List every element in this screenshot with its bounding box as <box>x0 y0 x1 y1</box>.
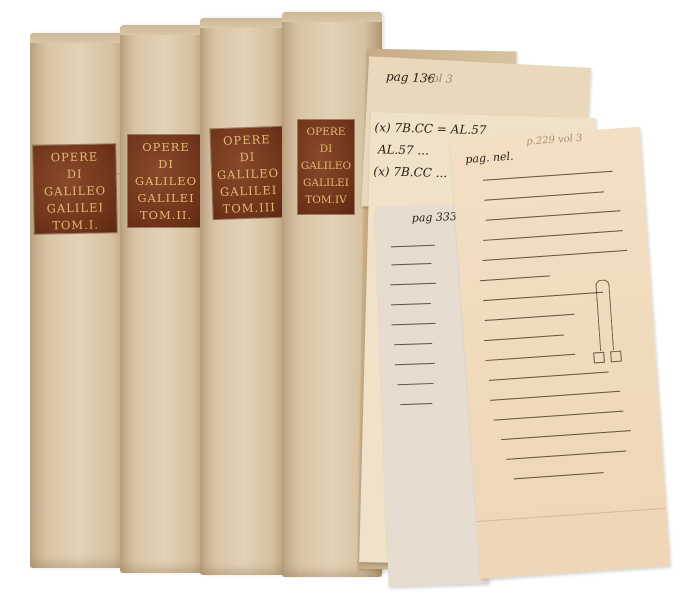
volume-1-label: OPERE DI GALILEO GALILEI TOM.I. <box>33 144 117 233</box>
manuscript-front-leaf: pag. nel. p.229 vol 3 <box>450 127 670 579</box>
volume-2-spine: OPERE DI GALILEO GALILEI TOM.II. <box>120 25 208 573</box>
volume-4-label: OPERE DI GALILEO GALILEI TOM.IV <box>298 120 354 214</box>
volume-3-spine: OPERE DI GALILEO GALILEI TOM.III <box>200 18 288 575</box>
volume-1-spine: OPERE DI GALILEO GALILEI TOM.I. <box>30 33 130 568</box>
volume-3-label: OPERE DI GALILEO GALILEI TOM.III <box>210 127 285 219</box>
leaf-pencil-note: vol 3 <box>426 71 454 85</box>
photograph: OPERE DI GALILEO GALILEI TOM.I. OPERE DI… <box>0 0 680 600</box>
pendulum-sketch-icon <box>595 279 614 351</box>
volume-2-label: OPERE DI GALILEO GALILEI TOM.II. <box>128 135 204 227</box>
